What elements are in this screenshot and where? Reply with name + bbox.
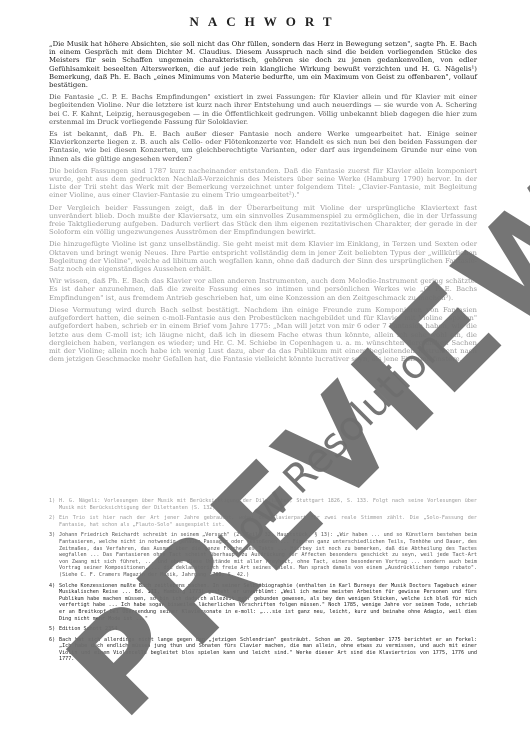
footnote-number: 5) (49, 626, 59, 633)
body-text: „Die Musik hat höhere Absichten, sie sol… (49, 40, 477, 367)
footnote-number: 6) (49, 637, 59, 644)
paragraph-7: Wir wissen, daß Ph. E. Bach das Klavier … (49, 277, 477, 302)
page-title: NACHWORT (0, 14, 530, 30)
footnote-number: 3) (49, 532, 59, 539)
footnote-text: Solche Konzessionen mußte Bach zeitleben… (59, 583, 477, 622)
footnote-number: 1) (49, 498, 59, 505)
paragraph-1: „Die Musik hat höhere Absichten, sie sol… (49, 40, 477, 89)
paragraph-5: Der Vergleich beider Fassungen zeigt, da… (49, 204, 477, 237)
paragraph-3: Es ist bekannt, daß Ph. E. Bach außer di… (49, 130, 477, 163)
footnote-6: 6)Bach hat sich allerdings nicht lange g… (49, 637, 477, 663)
document-page: NACHWORT „Die Musik hat höhere Absichten… (0, 0, 530, 750)
footnote-4: 4)Solche Konzessionen mußte Bach zeitleb… (49, 583, 477, 623)
footnote-1: 1)H. G. Nägeli: Vorlesungen über Musik m… (49, 498, 477, 511)
footnote-number: 2) (49, 515, 59, 522)
paragraph-4: Die beiden Fassungen sind 1787 kurz nach… (49, 167, 477, 200)
footnote-number: 4) (49, 583, 59, 590)
footnote-text: Bach hat sich allerdings nicht lange geg… (59, 637, 477, 663)
footnote-5: 5)Edition Schott 2354 (49, 626, 477, 633)
footnote-text: Ein Trio ist hier nach der Art jener Jah… (59, 515, 477, 528)
paragraph-2: Die Fantasie „C. P. E. Bachs Empfindunge… (49, 93, 477, 126)
paragraph-8: Diese Vermutung wird durch Bach selbst b… (49, 306, 477, 363)
footnote-text: H. G. Nägeli: Vorlesungen über Musik mit… (59, 498, 477, 511)
footnotes: 1)H. G. Nägeli: Vorlesungen über Musik m… (49, 498, 477, 667)
footnote-2: 2)Ein Trio ist hier nach der Art jener J… (49, 515, 477, 528)
footnote-text: Johann Friedrich Reichardt schreibt in s… (59, 532, 477, 578)
footnote-3: 3)Johann Friedrich Reichardt schreibt in… (49, 532, 477, 578)
footnote-text: Edition Schott 2354 (59, 626, 117, 632)
paragraph-6: Die hinzugefügte Violine ist ganz unselb… (49, 240, 477, 273)
